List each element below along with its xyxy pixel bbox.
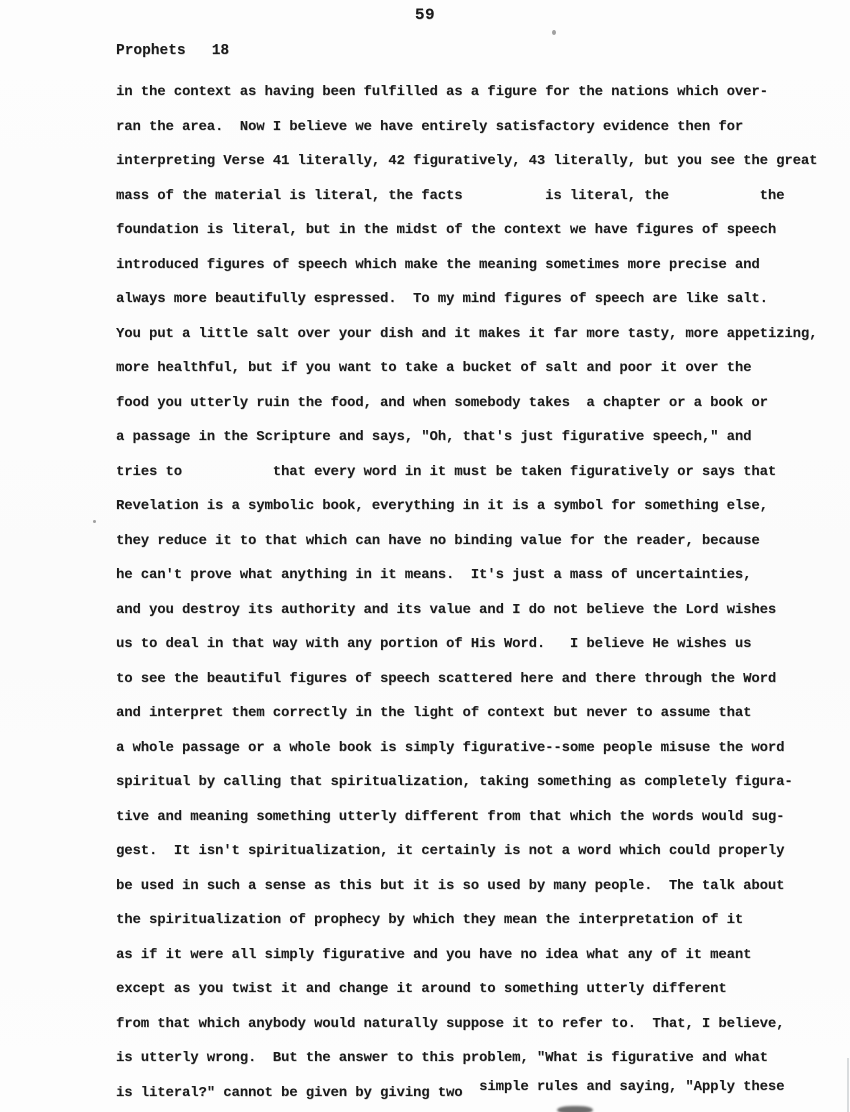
typed-line: they reduce it to that which can have no… [116, 524, 846, 559]
scan-edge-artifact [847, 1058, 849, 1112]
scanned-document-page: 59 Prophets 18 in the context as having … [0, 0, 850, 1112]
scan-smudge [557, 1106, 593, 1112]
typed-line: from that which anybody would naturally … [116, 1007, 846, 1042]
typed-line: in the context as having been fulfilled … [116, 75, 846, 110]
typed-line-final: is literal?" cannot be given by giving t… [116, 1076, 846, 1111]
typed-line: be used in such a sense as this but it i… [116, 869, 846, 904]
typed-line: tive and meaning something utterly diffe… [116, 800, 846, 835]
typed-line: is utterly wrong. But the answer to this… [116, 1041, 846, 1076]
typed-line: a whole passage or a whole book is simpl… [116, 731, 846, 766]
document-header: Prophets 18 [116, 43, 229, 59]
typed-line: gest. It isn't spiritualization, it cert… [116, 834, 846, 869]
scan-speckle [552, 30, 556, 35]
typed-line: spiritual by calling that spiritualizati… [116, 765, 846, 800]
typed-line: mass of the material is literal, the fac… [116, 179, 846, 214]
typed-line: to see the beautiful figures of speech s… [116, 662, 846, 697]
typed-line: and interpret them correctly in the ligh… [116, 696, 846, 731]
typed-line: food you utterly ruin the food, and when… [116, 386, 846, 421]
typed-line: except as you twist it and change it aro… [116, 972, 846, 1007]
typed-line: the spiritualization of prophecy by whic… [116, 903, 846, 938]
typed-line: You put a little salt over your dish and… [116, 317, 846, 352]
typed-line: ran the area. Now I believe we have enti… [116, 110, 846, 145]
typed-line: and you destroy its authority and its va… [116, 593, 846, 628]
typed-line: a passage in the Scripture and says, "Oh… [116, 420, 846, 455]
page-number: 59 [0, 6, 850, 24]
typed-line: more healthful, but if you want to take … [116, 351, 846, 386]
scan-speckle [93, 520, 96, 523]
typed-line: tries to that every word in it must be t… [116, 455, 846, 490]
typed-line: foundation is literal, but in the midst … [116, 213, 846, 248]
final-line-main: is literal?" cannot be given by giving t… [116, 1085, 463, 1101]
typed-text-block: in the context as having been fulfilled … [116, 75, 846, 1110]
typed-line: always more beautifully espressed. To my… [116, 282, 846, 317]
typed-line: he can't prove what anything in it means… [116, 558, 846, 593]
typed-line: Revelation is a symbolic book, everythin… [116, 489, 846, 524]
final-line-raised-insertion: simple rules and saying, "Apply these [463, 1079, 785, 1095]
typed-line: introduced figures of speech which make … [116, 248, 846, 283]
typed-line: us to deal in that way with any portion … [116, 627, 846, 662]
typed-line: as if it were all simply figurative and … [116, 938, 846, 973]
typed-line: interpreting Verse 41 literally, 42 figu… [116, 144, 846, 179]
